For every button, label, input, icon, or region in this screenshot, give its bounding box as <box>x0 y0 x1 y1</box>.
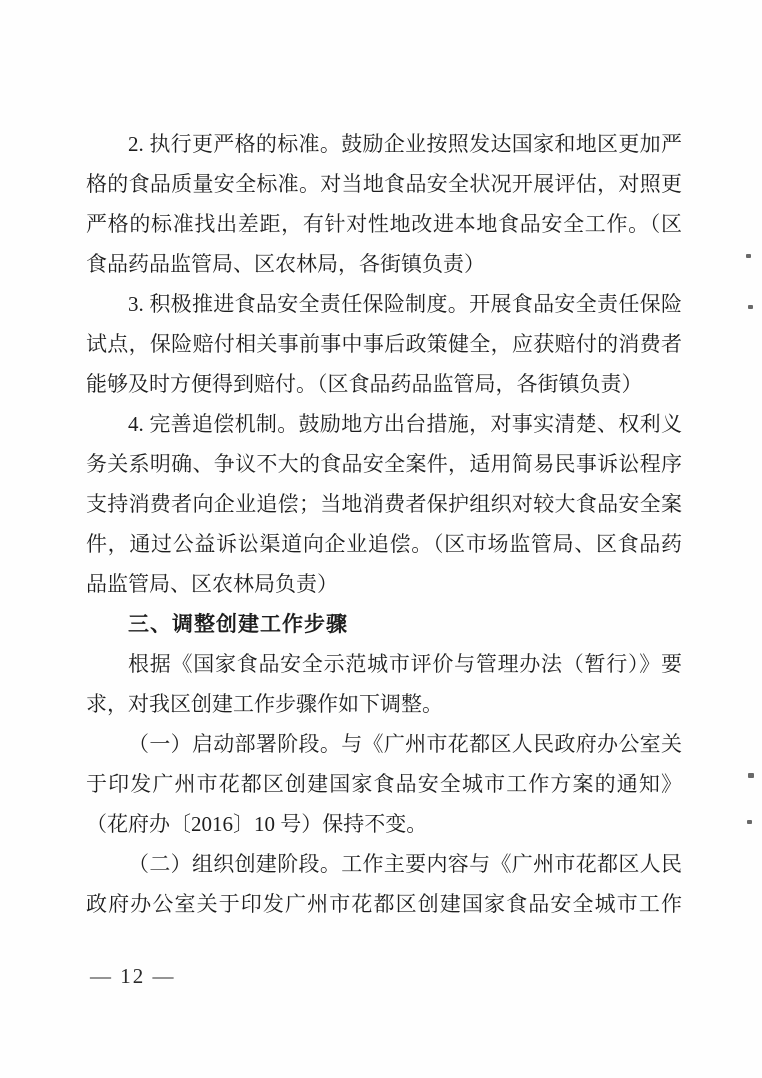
section-three: 三、调整创建工作步骤 <box>86 604 682 644</box>
doc-line: 品监管局、区农林局负责） <box>86 564 682 604</box>
paragraph-item-3: 3. 积极推进食品安全责任保险制度。开展食品安全责任保险 试点，保险赔付相关事前… <box>86 284 682 404</box>
section-heading: 三、调整创建工作步骤 <box>86 604 682 644</box>
doc-line: 于印发广州市花都区创建国家食品安全城市工作方案的通知》 <box>86 764 682 804</box>
doc-line: 政府办公室关于印发广州市花都区创建国家食品安全城市工作 <box>86 884 682 924</box>
doc-line: 3. 积极推进食品安全责任保险制度。开展食品安全责任保险 <box>86 284 682 324</box>
paragraph-basis: 根据《国家食品安全示范城市评价与管理办法（暂行）》要 求，对我区创建工作步骤作如… <box>86 644 682 724</box>
doc-line: 格的食品质量安全标准。对当地食品安全状况开展评估，对照更 <box>86 164 682 204</box>
doc-line: 试点，保险赔付相关事前事中事后政策健全，应获赔付的消费者 <box>86 324 682 364</box>
doc-line: 2. 执行更严格的标准。鼓励企业按照发达国家和地区更加严 <box>86 124 682 164</box>
doc-line: 根据《国家食品安全示范城市评价与管理办法（暂行）》要 <box>86 644 682 684</box>
scan-speck <box>748 773 754 778</box>
doc-line: 4. 完善追偿机制。鼓励地方出台措施，对事实清楚、权利义 <box>86 404 682 444</box>
scan-speck <box>746 254 751 258</box>
paragraph-item-4: 4. 完善追偿机制。鼓励地方出台措施，对事实清楚、权利义 务关系明确、争议不大的… <box>86 404 682 604</box>
scanned-document-page: 2. 执行更严格的标准。鼓励企业按照发达国家和地区更加严 格的食品质量安全标准。… <box>0 0 762 1078</box>
scan-speck <box>747 820 752 824</box>
doc-line: 能够及时方便得到赔付。（区食品药品监管局，各街镇负责） <box>86 364 682 404</box>
page-number: — 12 — <box>90 962 176 990</box>
doc-line: （一）启动部署阶段。与《广州市花都区人民政府办公室关 <box>86 724 682 764</box>
doc-line: 件，通过公益诉讼渠道向企业追偿。（区市场监管局、区食品药 <box>86 524 682 564</box>
paragraph-stage-one: （一）启动部署阶段。与《广州市花都区人民政府办公室关 于印发广州市花都区创建国家… <box>86 724 682 844</box>
scan-speck <box>748 305 753 309</box>
doc-line: 支持消费者向企业追偿；当地消费者保护组织对较大食品安全案 <box>86 484 682 524</box>
paragraph-stage-two: （二）组织创建阶段。工作主要内容与《广州市花都区人民 政府办公室关于印发广州市花… <box>86 844 682 924</box>
doc-line: 严格的标准找出差距，有针对性地改进本地食品安全工作。（区 <box>86 204 682 244</box>
document-body: 2. 执行更严格的标准。鼓励企业按照发达国家和地区更加严 格的食品质量安全标准。… <box>86 124 682 924</box>
doc-line: 务关系明确、争议不大的食品安全案件，适用简易民事诉讼程序 <box>86 444 682 484</box>
doc-line: 求，对我区创建工作步骤作如下调整。 <box>86 684 682 724</box>
doc-line: （二）组织创建阶段。工作主要内容与《广州市花都区人民 <box>86 844 682 884</box>
doc-line: （花府办〔2016〕10 号）保持不变。 <box>86 804 682 844</box>
doc-line: 食品药品监管局、区农林局，各街镇负责） <box>86 244 682 284</box>
paragraph-item-2: 2. 执行更严格的标准。鼓励企业按照发达国家和地区更加严 格的食品质量安全标准。… <box>86 124 682 284</box>
